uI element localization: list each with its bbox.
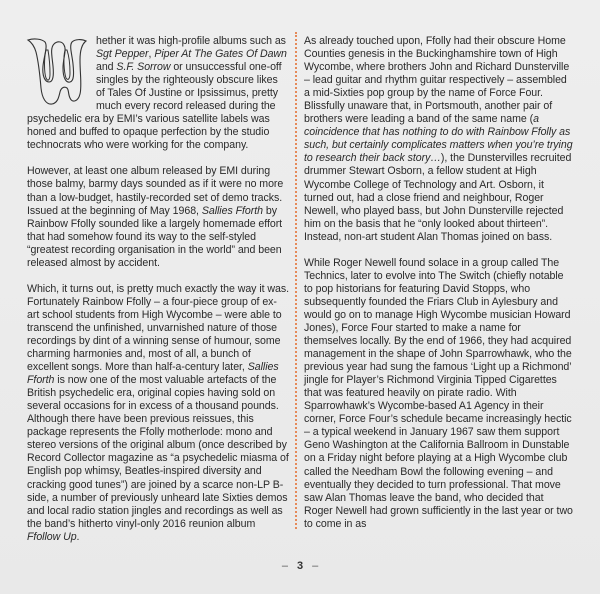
album-title: Ffollow Up: [27, 531, 77, 543]
paragraph-however: However, at least one album released by …: [27, 165, 289, 269]
dotted-column-divider: [295, 32, 297, 529]
right-column: As already touched upon, Ffolly had thei…: [304, 35, 574, 544]
album-title: S.F. Sorrow: [116, 61, 170, 73]
page-number: –3–: [0, 560, 600, 572]
left-column: hether it was high-profile albums such a…: [27, 35, 289, 557]
paragraph-intro: hether it was high-profile albums such a…: [27, 35, 289, 152]
paragraph-force-four: While Roger Newell found solace in a gro…: [304, 257, 574, 531]
album-title: Sallies Fforth: [202, 205, 263, 217]
album-title: Piper At The Gates Of Dawn: [154, 48, 287, 60]
album-title: Sgt Pepper: [96, 48, 149, 60]
paragraph-which: Which, it turns out, is pretty much exac…: [27, 283, 289, 544]
paragraph-genesis: As already touched upon, Ffolly had thei…: [304, 35, 574, 244]
drop-cap-w-icon: [24, 36, 88, 106]
booklet-page: hether it was high-profile albums such a…: [0, 0, 600, 594]
